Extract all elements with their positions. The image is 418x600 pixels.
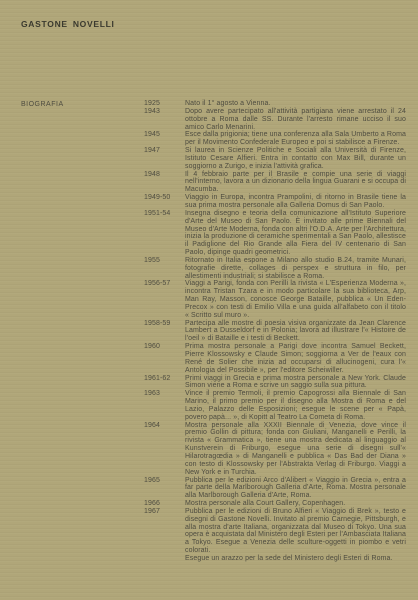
timeline-entry: 1945 Esce dalla prigionia; tiene una con… xyxy=(144,131,406,147)
entry-year: 1945 xyxy=(144,131,185,139)
entry-year: 1964 xyxy=(144,422,185,430)
timeline-entry: 1943 Dopo avere partecipato all'attività… xyxy=(144,108,406,132)
timeline-entry: Esegue un arazzo per la sede del Ministe… xyxy=(144,555,406,563)
entry-text: Mostra personale alla Court Gallery, Cop… xyxy=(185,500,406,508)
timeline-entry: 1961-62 Primi viaggi in Grecia e prima m… xyxy=(144,375,406,391)
entry-text: Viaggio in Europa, incontra Prampolini, … xyxy=(185,194,406,210)
timeline-entry: 1949-50 Viaggio in Europa, incontra Pram… xyxy=(144,194,406,210)
timeline-entry: 1925 Nato il 1° agosto a Vienna. xyxy=(144,100,406,108)
entry-text: Primi viaggi in Grecia e prima mostra pe… xyxy=(185,375,406,391)
entry-text: Mostra personale alla XXXII Biennale di … xyxy=(185,422,406,477)
entry-text: Esegue un arazzo per la sede del Ministe… xyxy=(185,555,406,563)
entry-text: Si laurea in Scienze Politiche e Sociali… xyxy=(185,147,406,171)
entry-year: 1956-57 xyxy=(144,280,185,288)
entry-year: 1960 xyxy=(144,343,185,351)
entry-year: 1925 xyxy=(144,100,185,108)
timeline-entry: 1948 Il 4 febbraio parte per il Brasile … xyxy=(144,171,406,195)
entry-year: 1966 xyxy=(144,500,185,508)
entry-year: 1958-59 xyxy=(144,320,185,328)
timeline-entry: 1958-59 Partecipa alle mostre di poesia … xyxy=(144,320,406,344)
entry-year: 1963 xyxy=(144,390,185,398)
timeline-entry: 1963 Vince il premio Termoli, il premio … xyxy=(144,390,406,421)
entry-year: 1961-62 xyxy=(144,375,185,383)
timeline-entry: 1955 Ritornato in Italia espone a Milano… xyxy=(144,257,406,281)
entry-text: Vince il premio Termoli, il premio Capog… xyxy=(185,390,406,421)
entry-year: 1955 xyxy=(144,257,185,265)
entry-year: 1943 xyxy=(144,108,185,116)
entry-text: Pubblica per le edizioni di Bruno Alfier… xyxy=(185,508,406,555)
entry-text: Pubblica per le edizioni Arco d'Alibert … xyxy=(185,477,406,501)
entry-year: 1949-50 xyxy=(144,194,185,202)
entry-text: Insegna disegno e teoria della comunicaz… xyxy=(185,210,406,257)
entry-year: 1948 xyxy=(144,171,185,179)
biography-page: GASTONE NOVELLI BIOGRAFIA 1925 Nato il 1… xyxy=(0,0,418,600)
entry-text: Ritornato in Italia espone a Milano allo… xyxy=(185,257,406,281)
timeline-entry: 1965 Pubblica per le edizioni Arco d'Ali… xyxy=(144,477,406,501)
entry-text: Partecipa alle mostre di poesia visiva o… xyxy=(185,320,406,344)
page-title: GASTONE NOVELLI xyxy=(21,19,115,29)
entry-text: Dopo avere partecipato all'attività part… xyxy=(185,108,406,132)
timeline-entry: 1960 Prima mostra personale a Parigi dov… xyxy=(144,343,406,374)
timeline-entry: 1966 Mostra personale alla Court Gallery… xyxy=(144,500,406,508)
entry-text: Viaggi a Parigi, fonda con Perilli la ri… xyxy=(185,280,406,319)
timeline-entry: 1951-54 Insegna disegno e teoria della c… xyxy=(144,210,406,257)
entry-year: 1951-54 xyxy=(144,210,185,218)
timeline-entry: 1964 Mostra personale alla XXXII Biennal… xyxy=(144,422,406,477)
timeline-entry: 1947 Si laurea in Scienze Politiche e So… xyxy=(144,147,406,171)
entry-text: Il 4 febbraio parte per il Brasile e com… xyxy=(185,171,406,195)
section-label-biografia: BIOGRAFIA xyxy=(21,101,64,108)
timeline-entry: 1967 Pubblica per le edizioni di Bruno A… xyxy=(144,508,406,555)
entry-text: Prima mostra personale a Parigi dove inc… xyxy=(185,343,406,374)
entry-year: 1947 xyxy=(144,147,185,155)
entry-year: 1967 xyxy=(144,508,185,516)
biography-timeline: 1925 Nato il 1° agosto a Vienna. 1943 Do… xyxy=(144,100,406,563)
entry-year: 1965 xyxy=(144,477,185,485)
entry-text: Esce dalla prigionia; tiene una conferen… xyxy=(185,131,406,147)
entry-text: Nato il 1° agosto a Vienna. xyxy=(185,100,406,108)
timeline-entry: 1956-57 Viaggi a Parigi, fonda con Peril… xyxy=(144,280,406,319)
